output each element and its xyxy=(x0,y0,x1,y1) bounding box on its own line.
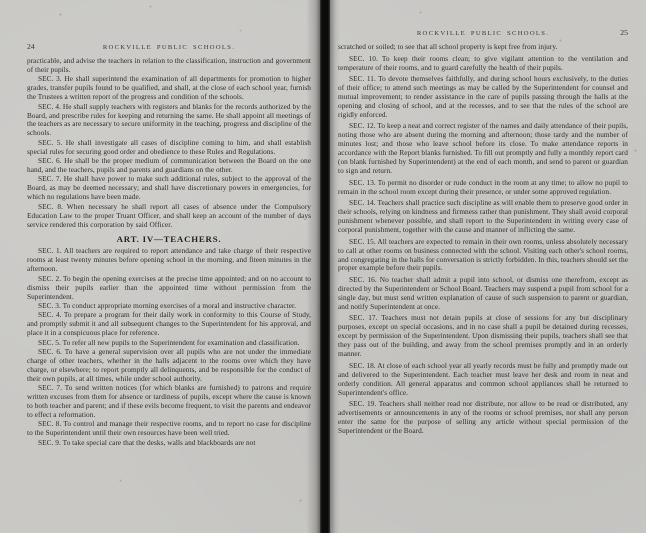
binding-gutter xyxy=(320,0,330,533)
paragraph: SEC. 19. Teachers shall neither read nor… xyxy=(338,400,628,436)
paragraph: SEC. 6. He shall be the proper medium of… xyxy=(27,157,311,175)
left-page-number: 24 xyxy=(27,42,53,51)
right-running-header: ROCKVILLE PUBLIC SCHOOLS. xyxy=(364,30,602,37)
paragraph: SEC. 10. To keep their rooms clean; to g… xyxy=(338,55,628,73)
right-running-header-row: ROCKVILLE PUBLIC SCHOOLS. 25 xyxy=(338,28,628,37)
paragraph: SEC. 3. He shall superintend the examina… xyxy=(27,75,311,102)
paragraph: SEC. 4. He shall supply teachers with re… xyxy=(27,103,311,139)
paragraph: SEC. 8. When necessary he shall report a… xyxy=(27,203,311,230)
paragraph: SEC. 13. To permit no disorder or rude c… xyxy=(338,179,628,197)
paragraph: SEC. 6. To have a general supervision ov… xyxy=(27,348,311,384)
paragraph: SEC. 18. At close of each school year al… xyxy=(338,362,628,398)
paragraph: scratched or soiled; to see that all sch… xyxy=(338,43,628,52)
paragraph: SEC. 8. To control and manage their resp… xyxy=(27,420,311,438)
paragraph: SEC. 9. To take special care that the de… xyxy=(27,439,311,448)
paragraph: SEC. 1. All teachers are required to rep… xyxy=(27,247,311,274)
article-iv-heading: ART. IV—TEACHERS. xyxy=(27,234,311,244)
left-body-article3: practicable, and advise the teachers in … xyxy=(27,57,311,229)
paragraph: SEC. 15. All teachers are expected to re… xyxy=(338,238,628,274)
paragraph: SEC. 16. No teacher shall admit a pupil … xyxy=(338,276,628,312)
left-running-header-row: 24 ROCKVILLE PUBLIC SCHOOLS. xyxy=(27,42,311,51)
paragraph: SEC. 12. To keep a neat and correct regi… xyxy=(338,122,628,176)
paragraph: practicable, and advise the teachers in … xyxy=(27,57,311,75)
gutter-shadow-left xyxy=(306,0,320,533)
paragraph: SEC. 2. To begin the opening exercises a… xyxy=(27,275,311,302)
right-page-number: 25 xyxy=(602,28,628,37)
paragraph: SEC. 5. He shall investigate all cases o… xyxy=(27,139,311,157)
left-body-article4: SEC. 1. All teachers are required to rep… xyxy=(27,247,311,447)
paragraph: SEC. 4. To prepare a program for their d… xyxy=(27,311,311,338)
paragraph: SEC. 14. Teachers shall practice such di… xyxy=(338,199,628,235)
paragraph: SEC. 7. He shall have power to make such… xyxy=(27,175,311,202)
book-spread-scan: 24 ROCKVILLE PUBLIC SCHOOLS. practicable… xyxy=(0,0,646,533)
scan-dust-specks xyxy=(0,0,1,1)
left-running-header: ROCKVILLE PUBLIC SCHOOLS. xyxy=(53,44,285,51)
left-page: 24 ROCKVILLE PUBLIC SCHOOLS. practicable… xyxy=(27,42,311,448)
right-body-article4: scratched or soiled; to see that all sch… xyxy=(338,43,628,436)
paragraph: SEC. 17. Teachers must not detain pupils… xyxy=(338,314,628,359)
paragraph: SEC. 11. To devote themselves faithfully… xyxy=(338,75,628,120)
right-page: ROCKVILLE PUBLIC SCHOOLS. 25 scratched o… xyxy=(338,28,628,436)
paragraph: SEC. 7. To send written notices (for whi… xyxy=(27,384,311,420)
